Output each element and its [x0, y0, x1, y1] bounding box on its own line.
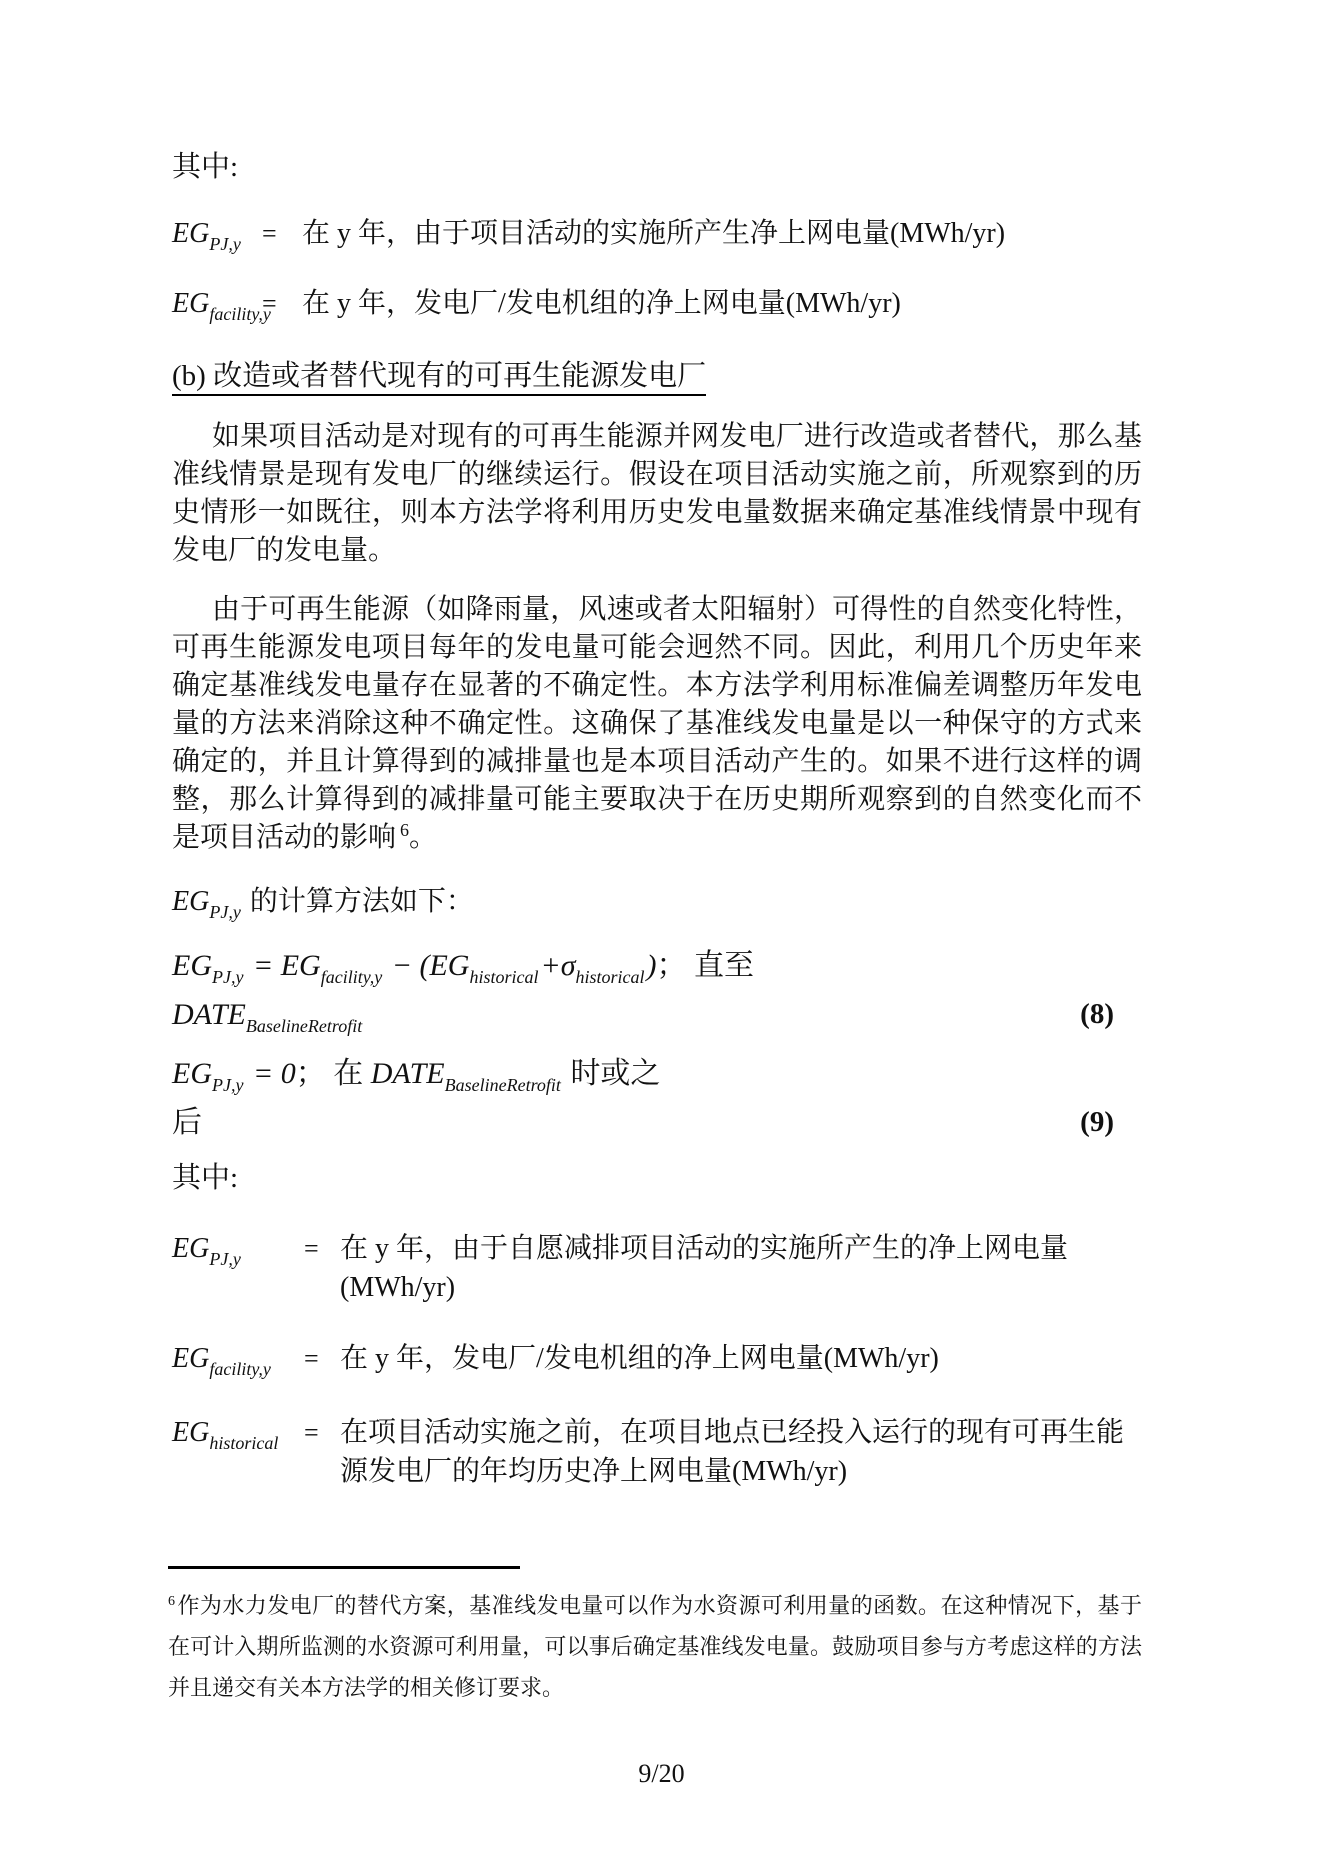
equals-sign: = [304, 1339, 340, 1378]
equation-9: EGPJ,y = 0； 在 DATEBaselineRetrofit 时或之 后… [172, 1051, 1142, 1145]
variable-symbol: EG [172, 1057, 212, 1090]
footnote-6: 6作为水力发电厂的替代方案，基准线发电量可以作为水资源可利用量的函数。在这种情况… [168, 1585, 1142, 1708]
document-page: 其中: EGPJ,y = 在 y 年，由于项目活动的实施所产生净上网电量(MWh… [0, 0, 1323, 1871]
definition-term: EGfacility,y [172, 1339, 304, 1381]
variable-subscript: PJ,y [212, 967, 243, 987]
paragraph-text: 由于可再生能源（如降雨量，风速或者太阳辐射）可得性的自然变化特性，可再生能源发电… [172, 594, 1142, 853]
equals-sign: = [304, 1413, 340, 1452]
equation-condition-text: 时或之 [563, 1057, 661, 1090]
definition-text: 在 y 年，发电厂/发电机组的净上网电量(MWh/yr) [340, 1339, 1142, 1378]
equation-condition-text: 后 [172, 1106, 202, 1139]
variable-symbol: DATE [371, 1057, 445, 1090]
definition-row: EGhistorical = 在项目活动实施之前，在项目地点已经投入运行的现有可… [172, 1413, 1142, 1491]
definition-row: EGfacility,y = 在 y 年，发电厂/发电机组的净上网电量(MWh/… [172, 284, 1142, 326]
equation-number-9: (9) [1080, 1100, 1114, 1145]
variable-subscript: historical [469, 967, 538, 987]
variable-subscript: facility,y [209, 304, 270, 324]
paragraph-text-end: 。 [409, 822, 437, 853]
variable-symbol: EG [172, 288, 209, 319]
equation-8-line-2: DATEBaselineRetrofit(8) [172, 992, 1142, 1041]
definition-row: EGPJ,y = 在 y 年，由于自愿减排项目活动的实施所产生的净上网电量(MW… [172, 1229, 1142, 1307]
equals-sign: = [262, 214, 302, 253]
definition-term: EGfacility,y [172, 284, 262, 326]
variable-symbol: EG [172, 886, 209, 917]
equation-number-8: (8) [1080, 992, 1114, 1037]
variable-symbol: EG [281, 949, 321, 982]
variable-symbol: EG [172, 218, 209, 249]
equation-8-line-1: EGPJ,y = EGfacility,y − (EGhistorical+σh… [172, 943, 1142, 992]
variable-subscript: facility,y [321, 967, 382, 987]
definition-text: 在项目活动实施之前，在项目地点已经投入运行的现有可再生能源发电厂的年均历史净上网… [340, 1413, 1142, 1491]
definition-row: EGPJ,y = 在 y 年，由于项目活动的实施所产生净上网电量(MWh/yr) [172, 214, 1142, 256]
definition-list-2: EGPJ,y = 在 y 年，由于自愿减排项目活动的实施所产生的净上网电量(MW… [172, 1229, 1142, 1491]
definition-text: 在 y 年，发电厂/发电机组的净上网电量(MWh/yr) [302, 284, 1142, 323]
section-b-heading-text: (b) 改造或者替代现有的可再生能源发电厂 [172, 360, 706, 396]
definition-text: 在 y 年，由于自愿减排项目活动的实施所产生的净上网电量(MWh/yr) [340, 1229, 1142, 1307]
variable-subscript: PJ,y [209, 234, 240, 254]
page-number: 9/20 [0, 1757, 1323, 1791]
variable-symbol: DATE [172, 998, 246, 1031]
operator: = 0 [245, 1057, 295, 1090]
operator: + [540, 949, 560, 982]
variable-symbol: σ [561, 949, 576, 982]
variable-symbol: EG [172, 949, 212, 982]
equation-condition-text: ； 直至 [657, 949, 755, 982]
footnote-text: 作为水力发电厂的替代方案，基准线发电量可以作为水资源可利用量的函数。在这种情况下… [168, 1593, 1142, 1700]
formula-intro-text: 的计算方法如下： [243, 886, 474, 917]
equation-8: EGPJ,y = EGfacility,y − (EGhistorical+σh… [172, 943, 1142, 1041]
definition-term: EGhistorical [172, 1413, 304, 1455]
paragraph-uncertainty: 由于可再生能源（如降雨量，风速或者太阳辐射）可得性的自然变化特性，可再生能源发电… [172, 591, 1142, 857]
section-b-heading: (b) 改造或者替代现有的可再生能源发电厂 [172, 356, 1142, 396]
definition-row: EGfacility,y = 在 y 年，发电厂/发电机组的净上网电量(MWh/… [172, 1339, 1142, 1381]
page-content: 其中: EGPJ,y = 在 y 年，由于项目活动的实施所产生净上网电量(MWh… [172, 148, 1142, 1491]
footnote-area: 6作为水力发电厂的替代方案，基准线发电量可以作为水资源可利用量的函数。在这种情况… [168, 1566, 1142, 1708]
definition-term: EGPJ,y [172, 1229, 304, 1271]
variable-symbol: EG [172, 1417, 209, 1448]
variable-subscript: PJ,y [212, 1075, 243, 1095]
footnote-separator-rule [168, 1566, 520, 1569]
definition-text: 在 y 年，由于项目活动的实施所产生净上网电量(MWh/yr) [302, 214, 1142, 253]
variable-subscript: historical [209, 1433, 278, 1453]
variable-subscript: PJ,y [209, 1249, 240, 1269]
where-label-2: 其中: [172, 1159, 1142, 1197]
operator: − ( [384, 949, 429, 982]
formula-intro: EGPJ,y 的计算方法如下： [172, 883, 1142, 923]
equation-9-line-2: 后(9) [172, 1100, 1142, 1145]
equation-9-line-1: EGPJ,y = 0； 在 DATEBaselineRetrofit 时或之 [172, 1051, 1142, 1100]
variable-subscript: facility,y [209, 1359, 270, 1379]
variable-symbol: EG [172, 1343, 209, 1374]
variable-symbol: EG [172, 1233, 209, 1264]
variable-subscript: PJ,y [209, 902, 240, 922]
footnote-reference-6: 6 [400, 820, 409, 840]
where-label-1: 其中: [172, 148, 1142, 186]
equals-sign: = [304, 1229, 340, 1268]
variable-subscript: historical [576, 967, 645, 987]
operator: = [245, 949, 280, 982]
closing-paren: ) [647, 949, 657, 982]
variable-symbol: EG [429, 949, 469, 982]
equation-condition-text: ； 在 [296, 1057, 371, 1090]
paragraph-retrofit-baseline: 如果项目活动是对现有的可再生能源并网发电厂进行改造或者替代，那么基准线情景是现有… [172, 418, 1142, 570]
definition-term: EGPJ,y [172, 214, 262, 256]
footnote-number: 6 [168, 1594, 175, 1609]
variable-subscript: BaselineRetrofit [445, 1075, 561, 1095]
variable-subscript: BaselineRetrofit [246, 1016, 362, 1036]
definition-list-1: EGPJ,y = 在 y 年，由于项目活动的实施所产生净上网电量(MWh/yr)… [172, 214, 1142, 326]
